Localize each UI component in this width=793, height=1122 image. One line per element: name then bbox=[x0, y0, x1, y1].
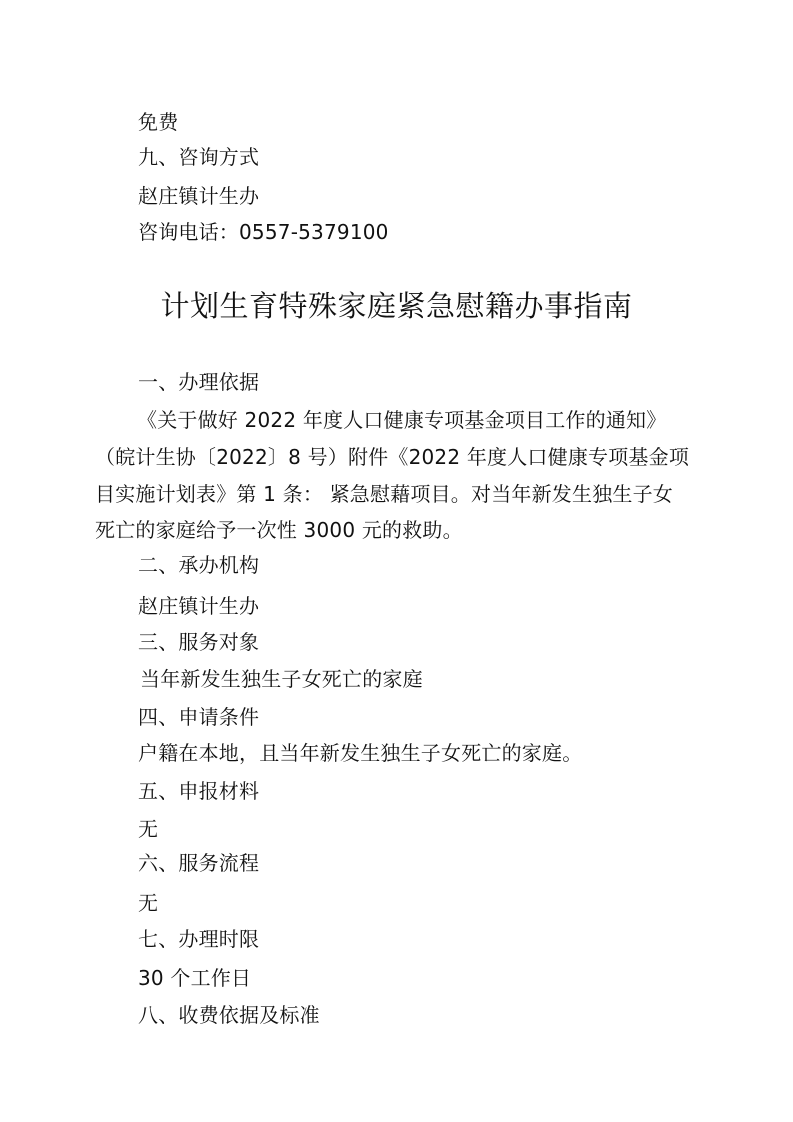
contact-phone: 咨询电话：0557-5379100 bbox=[138, 220, 389, 244]
document-title: 计划生育特殊家庭紧急慰籍办事指南 bbox=[0, 289, 793, 323]
section-heading-consultation: 九、咨询方式 bbox=[138, 145, 259, 169]
fee-value: 免费 bbox=[138, 110, 178, 134]
section-heading-materials: 五、申报材料 bbox=[138, 779, 259, 803]
agency-value: 赵庄镇计生办 bbox=[138, 594, 259, 618]
section-heading-fees: 八、收费依据及标准 bbox=[138, 1003, 320, 1027]
contact-organization: 赵庄镇计生办 bbox=[138, 184, 259, 208]
section-heading-process: 六、服务流程 bbox=[138, 851, 259, 875]
section-heading-basis: 一、办理依据 bbox=[138, 370, 259, 394]
section-heading-conditions: 四、申请条件 bbox=[138, 705, 259, 729]
section-heading-agency: 二、承办机构 bbox=[138, 553, 259, 577]
document-page: 免费 九、咨询方式 赵庄镇计生办 咨询电话：0557-5379100 计划生育特… bbox=[0, 0, 793, 1122]
basis-line-2: （皖计生协〔2022〕8 号）附件《2022 年度人口健康专项基金项 bbox=[95, 445, 689, 469]
process-value: 无 bbox=[138, 891, 158, 915]
materials-value: 无 bbox=[138, 817, 158, 841]
basis-line-3: 目实施计划表》第 1 条： 紧急慰藉项目。对当年新发生独生子女 bbox=[95, 482, 673, 506]
basis-line-4: 死亡的家庭给予一次性 3000 元的救助。 bbox=[95, 518, 463, 542]
time-limit-value: 30 个工作日 bbox=[138, 966, 251, 990]
service-target-value: 当年新发生独生子女死亡的家庭 bbox=[140, 667, 423, 691]
section-heading-service-target: 三、服务对象 bbox=[138, 630, 259, 654]
basis-line-1: 《关于做好 2022 年度人口健康专项基金项目工作的通知》 bbox=[137, 408, 666, 432]
conditions-value: 户籍在本地，且当年新发生独生子女死亡的家庭。 bbox=[138, 741, 582, 765]
section-heading-time-limit: 七、办理时限 bbox=[138, 927, 259, 951]
